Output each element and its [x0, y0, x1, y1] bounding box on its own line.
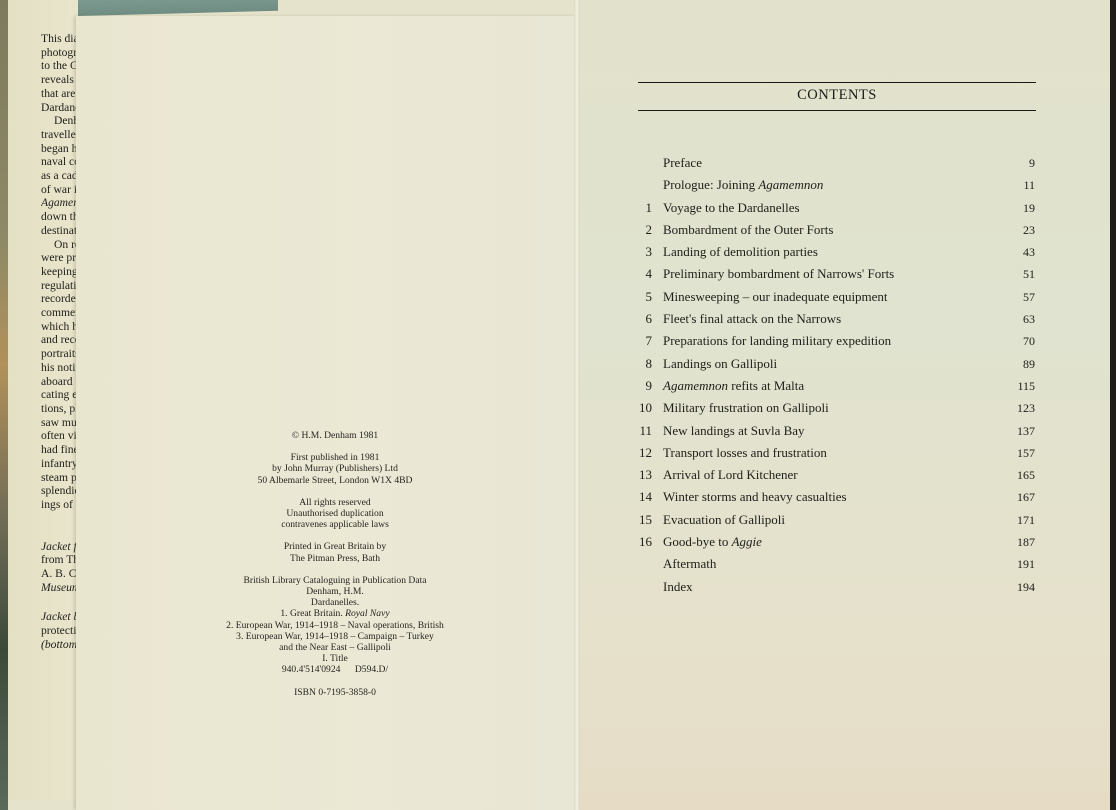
toc-entry: Preface9 [630, 153, 1040, 175]
toc-entry: Aftermath191 [630, 554, 1040, 576]
toc-entry: 14Winter storms and heavy casualties167 [630, 487, 1040, 509]
chapter-number: 6 [630, 309, 652, 329]
toc-entry: 15Evacuation of Gallipoli171 [630, 510, 1040, 532]
toc-entry: 5Minesweeping – our inadequate equipment… [630, 287, 1040, 309]
chapter-title: Prologue: Joining Agamemnon [663, 175, 823, 195]
contents-rule-bottom [638, 110, 1036, 111]
toc-entry: 6Fleet's final attack on the Narrows63 [630, 309, 1040, 331]
chapter-title: Agamemnon refits at Malta [663, 376, 804, 396]
page-number: 19 [1023, 198, 1035, 218]
chapter-title: Preparations for landing military expedi… [663, 331, 891, 351]
chapter-number: 7 [630, 331, 652, 351]
page-number: 157 [1017, 443, 1035, 463]
printer-info: Printed in Great Britain by The Pitman P… [200, 541, 470, 563]
chapter-number: 1 [630, 198, 652, 218]
rights-notice: All rights reserved Unauthorised duplica… [200, 497, 470, 531]
chapter-number: 8 [630, 354, 652, 374]
chapter-number: 14 [630, 487, 652, 507]
chapter-title: Preface [663, 153, 702, 173]
chapter-title: Transport losses and frustration [663, 443, 827, 463]
toc-entry: 10Military frustration on Gallipoli123 [630, 398, 1040, 420]
chapter-title: Military frustration on Gallipoli [663, 398, 829, 418]
chapter-number: 3 [630, 242, 652, 262]
toc-entry: 9Agamemnon refits at Malta115 [630, 376, 1040, 398]
page-number: 63 [1023, 309, 1035, 329]
chapter-title: Landings on Gallipoli [663, 354, 777, 374]
toc-entry: Prologue: Joining Agamemnon11 [630, 175, 1040, 197]
jacket-top-strip [78, 0, 278, 16]
page-edge-shadow [1110, 0, 1116, 810]
page-number: 167 [1017, 487, 1035, 507]
toc-entry: Index194 [630, 577, 1040, 599]
chapter-title: New landings at Suvla Bay [663, 421, 805, 441]
page-number: 11 [1023, 175, 1035, 195]
toc-entry: 8Landings on Gallipoli89 [630, 354, 1040, 376]
toc-entry: 1Voyage to the Dardanelles19 [630, 198, 1040, 220]
copyright-notice: © H.M. Denham 1981 [200, 430, 470, 441]
contents-heading: CONTENTS [638, 87, 1036, 104]
chapter-number: 10 [630, 398, 652, 418]
jacket-photo-edge [0, 0, 8, 810]
isbn: ISBN 0-7195-3858-0 [200, 687, 470, 698]
toc-entry: 16Good-bye to Aggie187 [630, 532, 1040, 554]
toc-entry: 13Arrival of Lord Kitchener165 [630, 465, 1040, 487]
chapter-title: Preliminary bombardment of Narrows' Fort… [663, 264, 894, 284]
page-number: 43 [1023, 242, 1035, 262]
page-number: 187 [1017, 532, 1035, 552]
chapter-title: Voyage to the Dardanelles [663, 198, 800, 218]
page-number: 165 [1017, 465, 1035, 485]
chapter-number: 15 [630, 510, 652, 530]
chapter-title: Landing of demolition parties [663, 242, 818, 262]
page-number: 194 [1017, 577, 1035, 597]
chapter-number: 4 [630, 264, 652, 284]
table-of-contents: Preface9Prologue: Joining Agamemnon111Vo… [630, 153, 1040, 599]
toc-entry: 11New landings at Suvla Bay137 [630, 421, 1040, 443]
chapter-title: Bombardment of the Outer Forts [663, 220, 833, 240]
page-number: 9 [1029, 153, 1035, 173]
chapter-number: 13 [630, 465, 652, 485]
cip-data: British Library Cataloguing in Publicati… [200, 575, 470, 676]
toc-entry: 2Bombardment of the Outer Forts23 [630, 220, 1040, 242]
chapter-title: Evacuation of Gallipoli [663, 510, 785, 530]
chapter-number: 9 [630, 376, 652, 396]
chapter-title: Good-bye to Aggie [663, 532, 762, 552]
page-number: 171 [1017, 510, 1035, 530]
contents-rule-top [638, 82, 1036, 83]
toc-entry: 12Transport losses and frustration157 [630, 443, 1040, 465]
page-number: 115 [1017, 376, 1035, 396]
page-number: 89 [1023, 354, 1035, 374]
chapter-title: Aftermath [663, 554, 716, 574]
chapter-number: 16 [630, 532, 652, 552]
publication-info: First published in 1981 by John Murray (… [200, 452, 470, 486]
page-number: 137 [1017, 421, 1035, 441]
chapter-title: Winter storms and heavy casualties [663, 487, 847, 507]
chapter-title: Index [663, 577, 693, 597]
toc-entry: 4Preliminary bombardment of Narrows' For… [630, 264, 1040, 286]
page-number: 70 [1023, 331, 1035, 351]
chapter-title: Fleet's final attack on the Narrows [663, 309, 841, 329]
chapter-number: 11 [630, 421, 652, 441]
chapter-title: Arrival of Lord Kitchener [663, 465, 798, 485]
page-number: 191 [1017, 554, 1035, 574]
copyright-block: © H.M. Denham 1981 First published in 19… [200, 430, 470, 709]
page-number: 23 [1023, 220, 1035, 240]
chapter-number: 5 [630, 287, 652, 307]
page-number: 57 [1023, 287, 1035, 307]
toc-entry: 3Landing of demolition parties43 [630, 242, 1040, 264]
page-number: 51 [1023, 264, 1035, 284]
page-number: 123 [1017, 398, 1035, 418]
chapter-title: Minesweeping – our inadequate equipment [663, 287, 888, 307]
chapter-number: 12 [630, 443, 652, 463]
chapter-number: 2 [630, 220, 652, 240]
toc-entry: 7Preparations for landing military exped… [630, 331, 1040, 353]
